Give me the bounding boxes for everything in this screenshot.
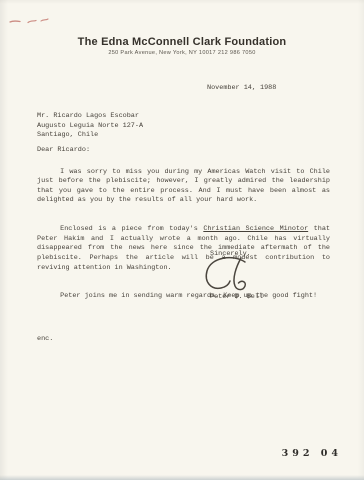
letterhead-org-name: The Edna McConnell Clark Foundation xyxy=(0,36,364,48)
letter-body: I was sorry to miss you during my Americ… xyxy=(37,158,330,312)
doc-number-stamp: 392 04 xyxy=(282,448,342,459)
letterhead-address: 250 Park Avenue, New York, NY 10017 212 … xyxy=(0,50,364,56)
body-paragraph-2: Enclosed is a piece from today's Christi… xyxy=(37,225,330,273)
date-line: November 14, 1988 xyxy=(207,84,276,94)
salutation: Dear Ricardo: xyxy=(37,146,90,156)
scanned-letter-page: The Edna McConnell Clark Foundation 250 … xyxy=(0,0,364,480)
paragraph-2-pre-text: Enclosed is a piece from today's xyxy=(60,225,203,233)
red-pen-mark xyxy=(8,14,52,28)
body-paragraph-1: I was sorry to miss you during my Americ… xyxy=(37,168,330,206)
body-paragraph-3: Peter joins me in sending warm regards. … xyxy=(37,292,330,302)
enclosure-note: enc. xyxy=(37,335,53,345)
journal-name-underlined: Christian Science Minotor xyxy=(203,225,308,233)
recipient-address: Mr. Ricardo Lagos Escobar Augusto Leguia… xyxy=(37,112,143,141)
signer-name: Peter D. Bell xyxy=(210,293,263,303)
